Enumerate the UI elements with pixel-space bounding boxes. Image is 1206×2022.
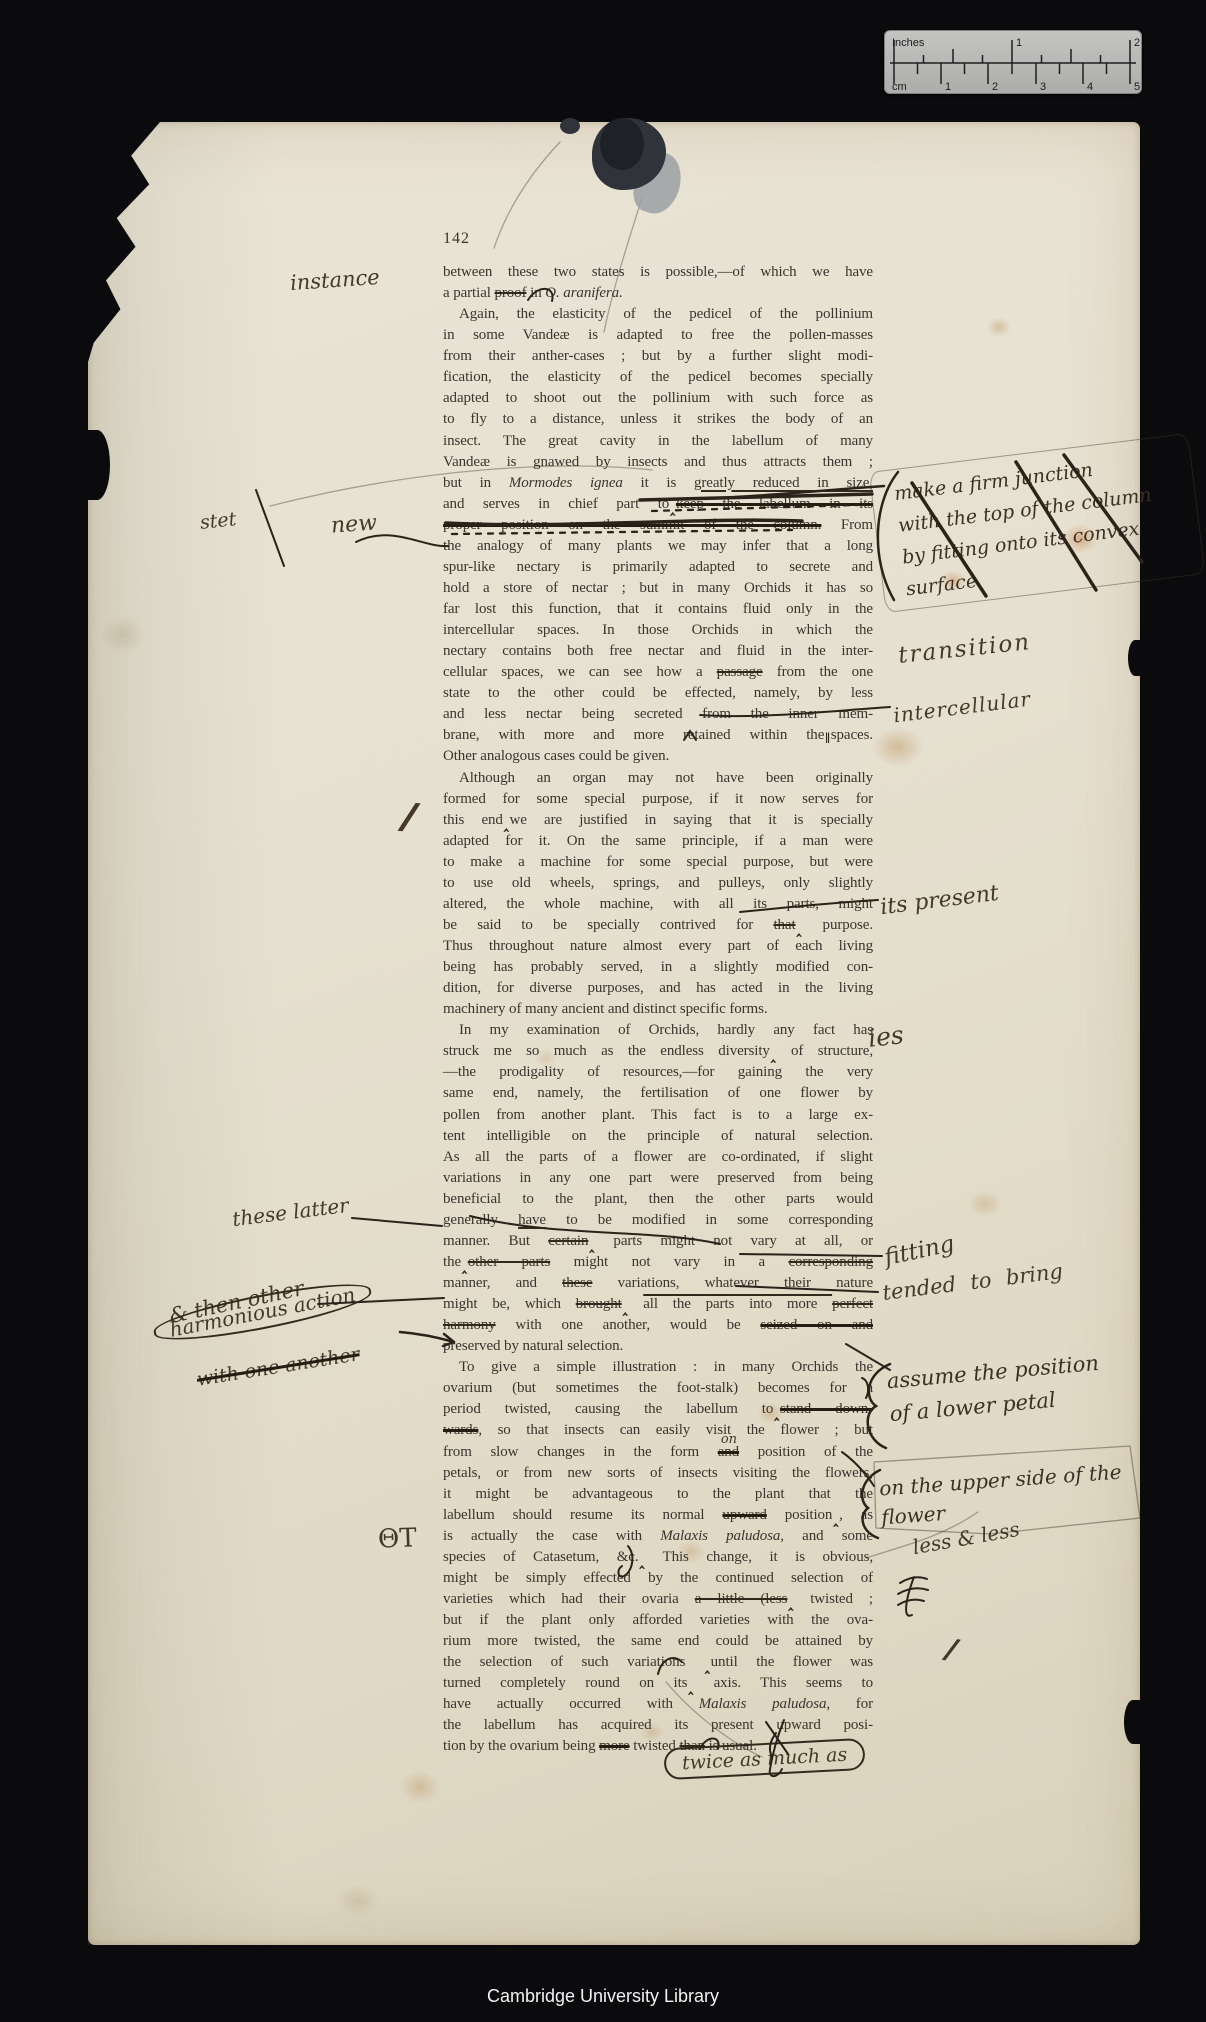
print-line: hold a store of nectar ; but in many Orc… xyxy=(443,578,873,599)
print-line: proper position on the summit of the col… xyxy=(443,515,873,536)
annotation-twice-as-much: twice as much as xyxy=(664,1743,866,1776)
print-line: varieties which had their ovaria a littl… xyxy=(443,1589,873,1610)
print-line: but if the plant only afforded varieties… xyxy=(443,1610,873,1631)
print-line: turned completely round on its‸ axis. Th… xyxy=(443,1673,873,1694)
print-line: being has probably served, in a slightly… xyxy=(443,957,873,978)
print-line: pollen from another plant. This fact is … xyxy=(443,1105,873,1126)
print-line: cellular spaces, we can see how a passag… xyxy=(443,662,873,683)
print-line: state to the other could be effected, na… xyxy=(443,683,873,704)
print-line: this end‸we are justified in saying that… xyxy=(443,810,873,831)
print-line: Although an organ may not have been orig… xyxy=(443,768,873,789)
print-line: same end, namely, the fertilisation of o… xyxy=(443,1083,873,1104)
ruler-cm-tick-label: 4 xyxy=(1087,81,1093,93)
print-line: brane, with more and more retained withi… xyxy=(443,725,873,746)
print-line: a partial proof in O. aranifera. xyxy=(443,283,873,304)
print-line: and serves in chief part to‸keep the lab… xyxy=(443,494,873,515)
print-line: manner, and these variations, whatever t… xyxy=(443,1273,873,1294)
print-line: it might be advantageous to the plant th… xyxy=(443,1484,873,1505)
proof-theta-mark: ΘT xyxy=(377,1523,417,1554)
print-line: adapted for it. On the same principle, i… xyxy=(443,831,873,852)
print-line: labellum should resume its normal upward… xyxy=(443,1505,873,1526)
torn-edge xyxy=(1124,1700,1142,1744)
print-line: variations in any one part were preserve… xyxy=(443,1168,873,1189)
print-line: spur-like nectary is primarily adapted t… xyxy=(443,557,873,578)
print-line: is actually the case with Malaxis paludo… xyxy=(443,1526,873,1547)
print-line: fication, the elasticity of the pedicel … xyxy=(443,367,873,388)
ruler-inch-tick-label: 1 xyxy=(1016,37,1022,49)
print-line: altered, the whole machine, with all its… xyxy=(443,894,873,915)
ruler-cm-label: cm xyxy=(892,81,907,93)
scale-ruler: Inches 1 2 cm 1 2 3 4 5 xyxy=(884,30,1142,94)
print-line: in some Vandeæ is adapted to free the po… xyxy=(443,325,873,346)
ruler-inch-tick-label: 2 xyxy=(1134,37,1140,49)
ruler-cm-tick-label: 2 xyxy=(992,81,998,93)
printed-text: between these two states is possible,—of… xyxy=(443,262,873,1757)
ink-blotch-drip xyxy=(560,118,580,134)
print-line: dition, for diverse purposes, and has ac… xyxy=(443,978,873,999)
print-line: the analogy of many plants we may infer … xyxy=(443,536,873,557)
print-line: rium more twisted, the same end could be… xyxy=(443,1631,873,1652)
annotation-stet: stet xyxy=(199,508,237,534)
print-line: adapted to shoot out the pollinium with … xyxy=(443,388,873,409)
print-line: but in Mormodes ignea it is greatly redu… xyxy=(443,473,873,494)
print-line: species of Catasetum, &c.‸ This change, … xyxy=(443,1547,873,1568)
print-line: tent intelligible on the principle of na… xyxy=(443,1126,873,1147)
print-line: generally have to be modified in some co… xyxy=(443,1210,873,1231)
print-line: —the prodigality of resources,—for gaini… xyxy=(443,1062,873,1083)
print-line: the labellum has acquired its present up… xyxy=(443,1715,873,1736)
ruler-inches-label: Inches xyxy=(892,37,925,49)
ink-blotch-core xyxy=(600,118,644,170)
print-line: wards, so that insects can easily visit … xyxy=(443,1420,873,1441)
ruler-scale: Inches 1 2 cm 1 2 3 4 5 xyxy=(884,30,1142,94)
print-line: harmony with one another, would be seize… xyxy=(443,1315,873,1336)
print-line: manner. But certain‸ parts might not var… xyxy=(443,1231,873,1252)
print-line: be said to be specially contrived for th… xyxy=(443,915,873,936)
ruler-cm-tick-label: 1 xyxy=(945,81,951,93)
print-line: In my examination of Orchids, hardly any… xyxy=(443,1020,873,1041)
print-line: ovarium (but sometimes the foot-stalk) b… xyxy=(443,1378,873,1399)
print-line: insect. The great cavity in the labellum… xyxy=(443,431,873,452)
print-line: petals, or from new sorts of insects vis… xyxy=(443,1463,873,1484)
print-line: machinery of many ancient and distinct s… xyxy=(443,999,873,1020)
print-line: the selection of such variations ‸until … xyxy=(443,1652,873,1673)
print-line: to make a machine for some special purpo… xyxy=(443,852,873,873)
torn-edge xyxy=(84,430,110,500)
print-line: formed for some special purpose, if it n… xyxy=(443,789,873,810)
print-line: Again, the elasticity of the pedicel of … xyxy=(443,304,873,325)
scan-canvas: 142 between these two states is possible… xyxy=(0,0,1206,2022)
print-line: to fly to a distance, unless it strikes … xyxy=(443,409,873,430)
print-line: nectary contains both free nectar and fl… xyxy=(443,641,873,662)
print-line: from slow changes in the form andon posi… xyxy=(443,1442,873,1463)
print-line: struck me so much as the endless diversi… xyxy=(443,1041,873,1062)
print-line: from their anther-cases ; but by a furth… xyxy=(443,346,873,367)
torn-edge xyxy=(1128,640,1142,676)
print-line: far lost this function, that it contains… xyxy=(443,599,873,620)
library-caption: Cambridge University Library xyxy=(0,1986,1206,2007)
print-line: To give a simple illustration : in many … xyxy=(443,1357,873,1378)
print-line: might be, which brought‸ all the parts i… xyxy=(443,1294,873,1315)
print-line: intercellular spaces. In those Orchids i… xyxy=(443,620,873,641)
print-line: might be simply effected by the continue… xyxy=(443,1568,873,1589)
print-line: Other analogous cases could be given. xyxy=(443,746,873,767)
print-line: As all the parts of a flower are co-ordi… xyxy=(443,1147,873,1168)
print-line: preserved by natural selection. xyxy=(443,1336,873,1357)
annotation-ies: ies xyxy=(867,1020,905,1053)
print-line: the‸other parts might not vary in a corr… xyxy=(443,1252,873,1273)
print-line: beneficial to the plant, then the other … xyxy=(443,1189,873,1210)
print-line: have actually occurred with Malaxis palu… xyxy=(443,1694,873,1715)
ruler-cm-tick-label: 3 xyxy=(1040,81,1046,93)
print-line: and less nectar being secreted from the … xyxy=(443,704,873,725)
print-line: to use old wheels, springs, and pulleys,… xyxy=(443,873,873,894)
print-line: between these two states is possible,—of… xyxy=(443,262,873,283)
print-line: Vandeæ is gnawed by insects and thus att… xyxy=(443,452,873,473)
print-line: period twisted, causing the labellum to‸… xyxy=(443,1399,873,1420)
ruler-cm-tick-label: 5 xyxy=(1134,81,1140,93)
annotation-new: new xyxy=(330,510,378,538)
page-number: 142 xyxy=(443,230,470,248)
print-line: Thus throughout nature almost every part… xyxy=(443,936,873,957)
